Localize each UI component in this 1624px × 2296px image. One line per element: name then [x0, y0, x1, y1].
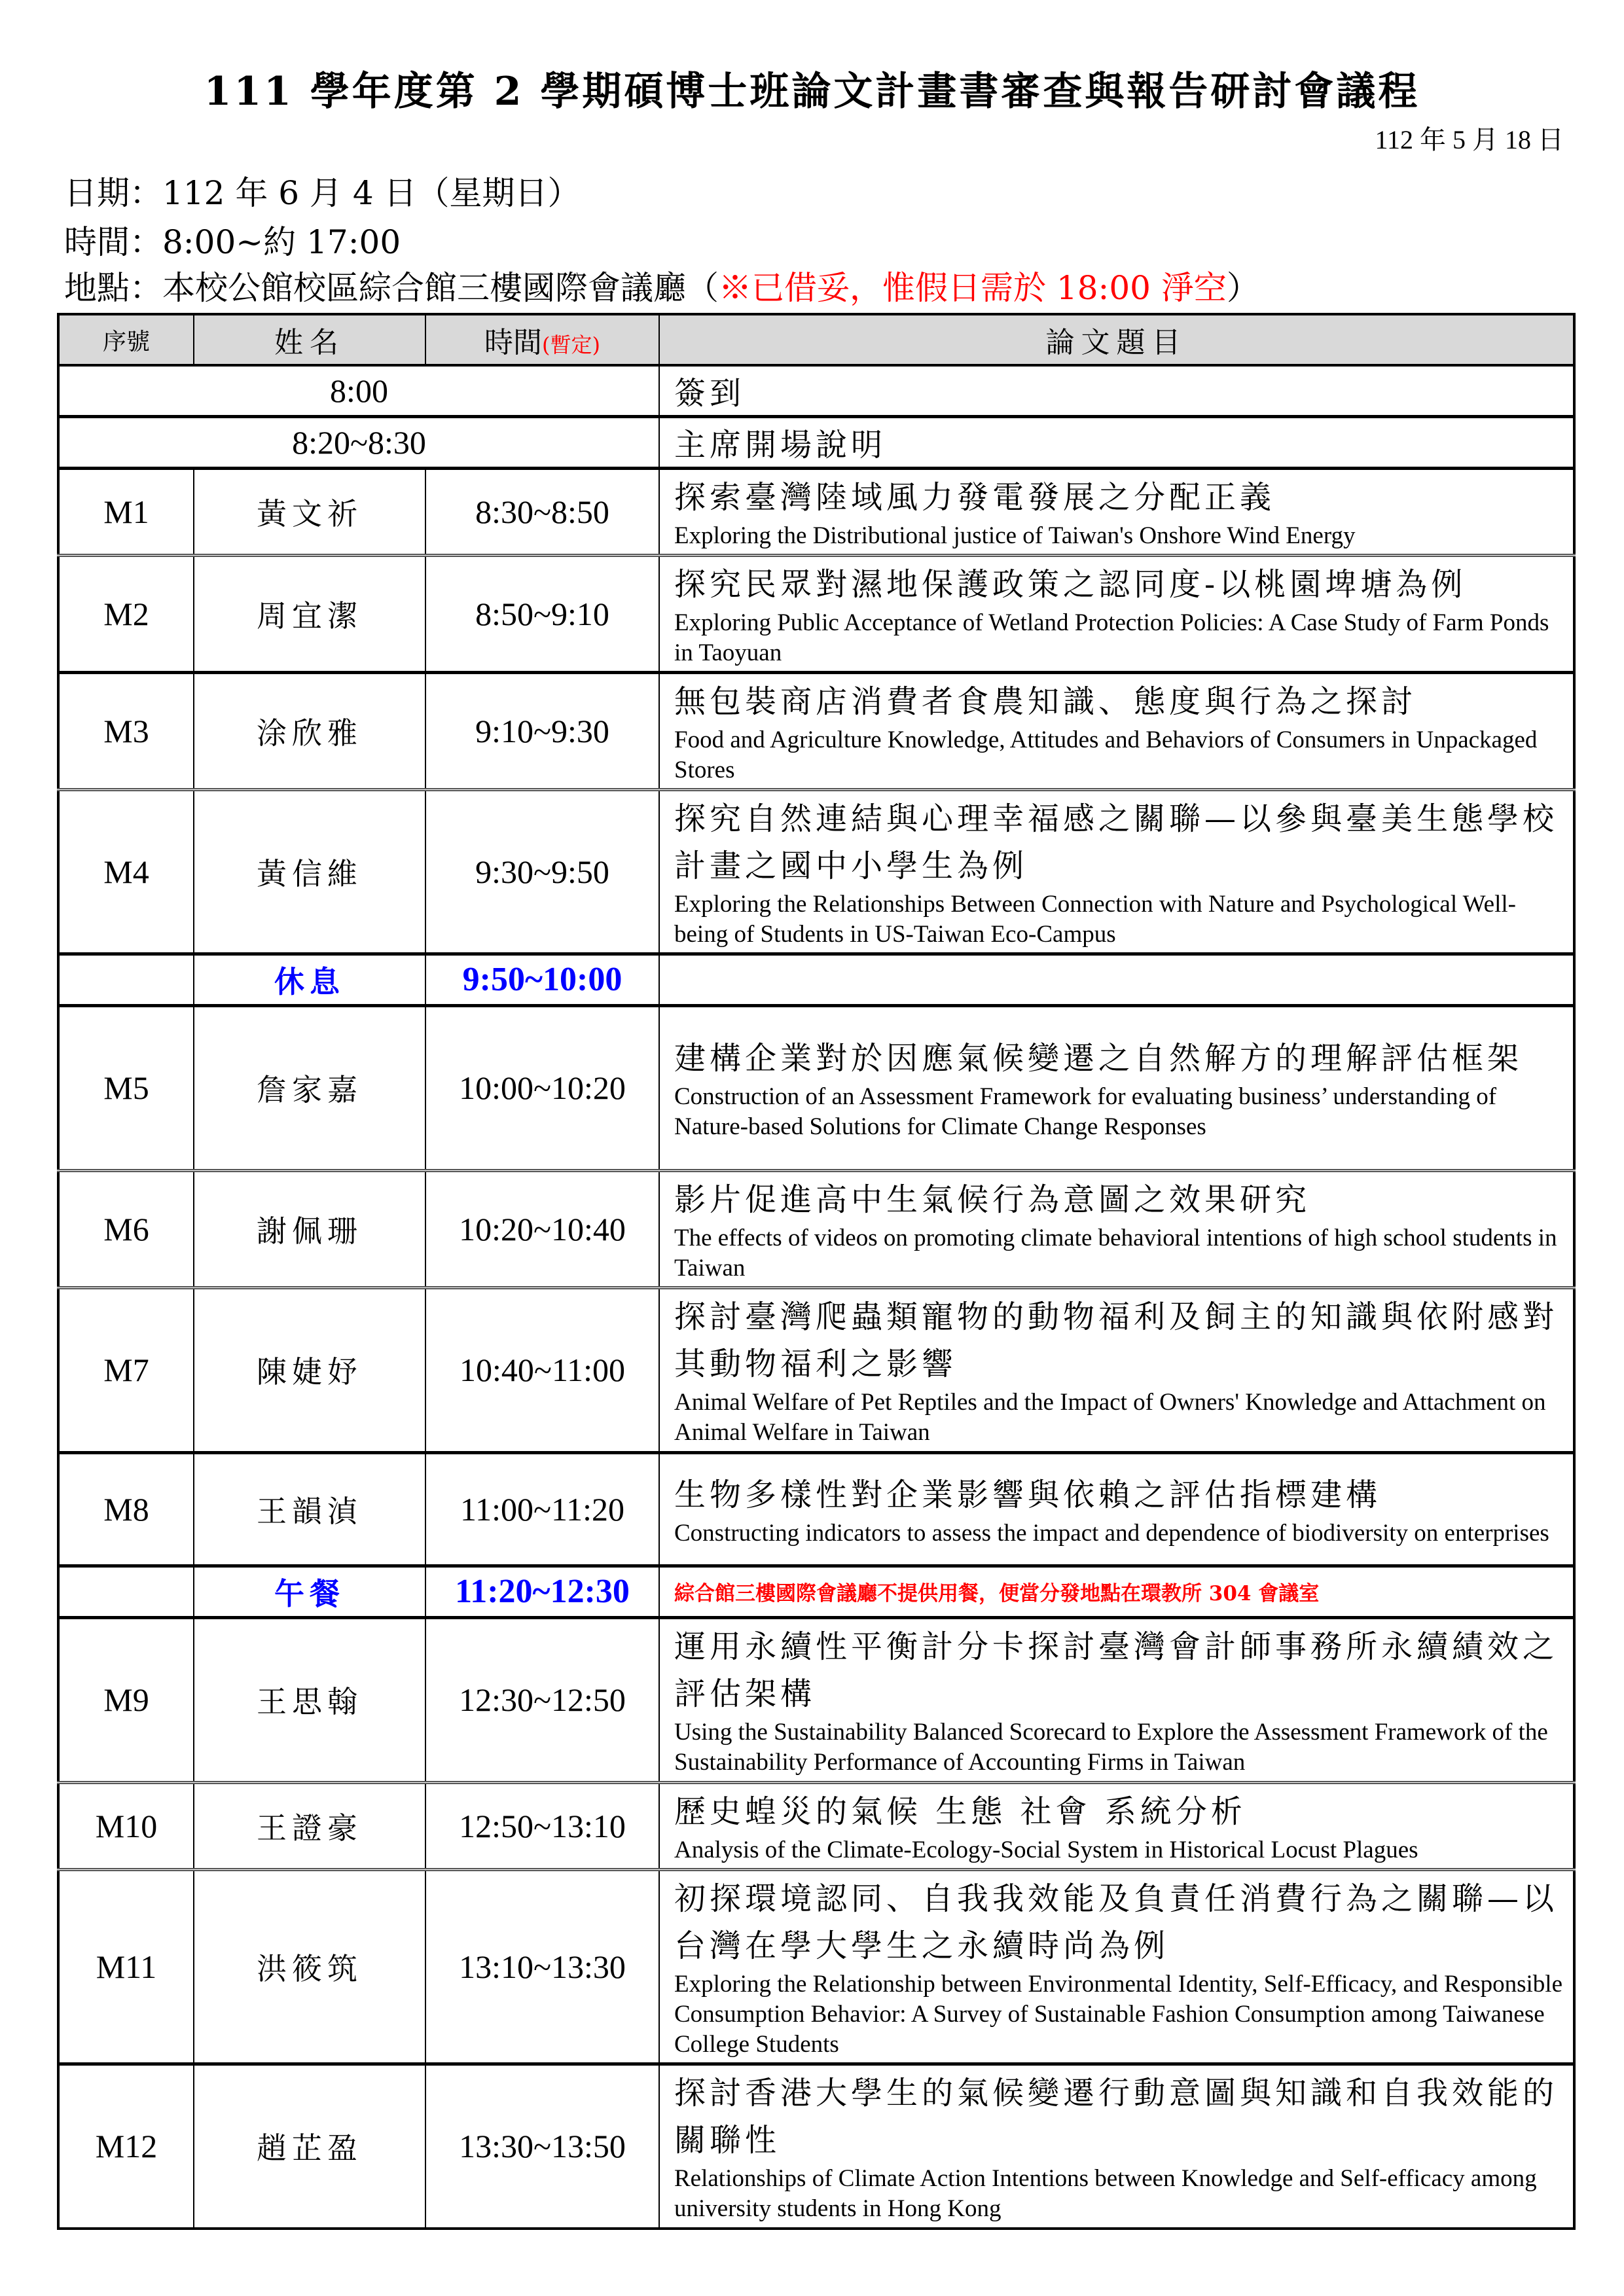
opening-time: 8:20~8:30 [58, 416, 659, 468]
row-title: 初探環境認同、自我我效能及負責任消費行為之關聯—以台灣在學大學生之永續時尚為例 … [659, 1869, 1574, 2064]
row-name: 王證豪 [194, 1782, 425, 1869]
row-title: 建構企業對於因應氣候變遷之自然解方的理解評估框架 Construction of… [659, 1005, 1574, 1170]
row-title: 運用永續性平衡計分卡探討臺灣會計師事務所永續績效之評估架構 Using the … [659, 1617, 1574, 1782]
table-row: M4 黃信維 9:30~9:50 探究自然連結與心理幸福感之關聯—以參與臺美生態… [58, 789, 1574, 954]
title-zh: 運用永續性平衡計分卡探討臺灣會計師事務所永續績效之評估架構 [674, 1623, 1564, 1717]
column-header-time-note: (暫定) [542, 332, 600, 357]
row-id: M9 [58, 1617, 194, 1782]
title-zh: 探討臺灣爬蟲類寵物的動物福利及飼主的知識與依附感對其動物福利之影響 [674, 1293, 1564, 1388]
row-title: 歷史蝗災的氣候 生態 社會 系統分析 Analysis of the Clima… [659, 1782, 1574, 1869]
title-en: Construction of an Assessment Framework … [674, 1082, 1564, 1142]
row-time: 13:30~13:50 [425, 2064, 659, 2229]
break-label: 休息 [194, 954, 425, 1005]
title-zh: 初探環境認同、自我我效能及負責任消費行為之關聯—以台灣在學大學生之永續時尚為例 [674, 1875, 1564, 1969]
row-name: 王韻湞 [194, 1452, 425, 1566]
title-en: Exploring the Relationship between Envir… [674, 1969, 1564, 2060]
break-title-empty [659, 954, 1574, 1005]
title-en: The effects of videos on promoting clima… [674, 1223, 1564, 1283]
title-zh: 探究自然連結與心理幸福感之關聯—以參與臺美生態學校計畫之國中小學生為例 [674, 795, 1564, 889]
row-id: M7 [58, 1287, 194, 1452]
row-time: 10:00~10:20 [425, 1005, 659, 1170]
opening-row: 8:20~8:30 主席開場說明 [58, 416, 1574, 468]
title-en: Food and Agriculture Knowledge, Attitude… [674, 725, 1564, 785]
checkin-label: 簽到 [659, 365, 1574, 416]
event-place-value: 本校公館校區綜合館三樓國際會議廳（ [162, 269, 719, 307]
table-row: M11 洪筱筑 13:10~13:30 初探環境認同、自我我效能及負責任消費行為… [58, 1869, 1574, 2064]
row-time: 10:20~10:40 [425, 1170, 659, 1287]
event-place-label: 地點： [64, 269, 162, 307]
column-header-id: 序號 [58, 314, 194, 365]
event-date-line: 日期：112 年 6 月 4 日（星期日） [64, 167, 581, 214]
lunch-row: 午餐 11:20~12:30 綜合館三樓國際會議廳不提供用餐，便當分發地點在環教… [58, 1566, 1574, 1617]
row-id: M1 [58, 468, 194, 555]
table-row: M10 王證豪 12:50~13:10 歷史蝗災的氣候 生態 社會 系統分析 A… [58, 1782, 1574, 1869]
row-name: 謝佩珊 [194, 1170, 425, 1287]
row-id: M3 [58, 672, 194, 789]
title-zh: 建構企業對於因應氣候變遷之自然解方的理解評估框架 [674, 1035, 1564, 1082]
row-name: 詹家嘉 [194, 1005, 425, 1170]
table-row: M3 涂欣雅 9:10~9:30 無包裝商店消費者食農知識、態度與行為之探討 F… [58, 672, 1574, 789]
event-time-value: 8:00~約 17:00 [162, 223, 401, 261]
title-en: Exploring the Distributional justice of … [674, 521, 1564, 551]
title-en: Constructing indicators to assess the im… [674, 1518, 1564, 1549]
title-zh: 探討香港大學生的氣候變遷行動意圖與知識和自我效能的關聯性 [674, 2070, 1564, 2164]
table-row: M5 詹家嘉 10:00~10:20 建構企業對於因應氣候變遷之自然解方的理解評… [58, 1005, 1574, 1170]
row-title: 探討香港大學生的氣候變遷行動意圖與知識和自我效能的關聯性 Relationshi… [659, 2064, 1574, 2229]
row-id: M2 [58, 555, 194, 672]
table-row: M2 周宜潔 8:50~9:10 探究民眾對濕地保護政策之認同度-以桃園埤塘為例… [58, 555, 1574, 672]
lunch-id-empty [58, 1566, 194, 1617]
title-en: Animal Welfare of Pet Reptiles and the I… [674, 1388, 1564, 1448]
row-name: 涂欣雅 [194, 672, 425, 789]
event-place-close: ） [1227, 269, 1259, 307]
row-id: M5 [58, 1005, 194, 1170]
table-header-row: 序號 姓名 時間(暫定) 論文題目 [58, 314, 1574, 365]
row-time: 8:30~8:50 [425, 468, 659, 555]
row-id: M12 [58, 2064, 194, 2229]
table-row: M8 王韻湞 11:00~11:20 生物多樣性對企業影響與依賴之評估指標建構 … [58, 1452, 1574, 1566]
opening-label: 主席開場說明 [659, 416, 1574, 468]
row-time: 13:10~13:30 [425, 1869, 659, 2064]
table-row: M7 陳婕妤 10:40~11:00 探討臺灣爬蟲類寵物的動物福利及飼主的知識與… [58, 1287, 1574, 1452]
row-name: 陳婕妤 [194, 1287, 425, 1452]
row-id: M4 [58, 789, 194, 954]
table-row: M9 王思翰 12:30~12:50 運用永續性平衡計分卡探討臺灣會計師事務所永… [58, 1617, 1574, 1782]
title-en: Exploring Public Acceptance of Wetland P… [674, 608, 1564, 668]
row-time: 11:00~11:20 [425, 1452, 659, 1566]
row-title: 探究自然連結與心理幸福感之關聯—以參與臺美生態學校計畫之國中小學生為例 Expl… [659, 789, 1574, 954]
row-time: 12:30~12:50 [425, 1617, 659, 1782]
title-zh: 生物多樣性對企業影響與依賴之評估指標建構 [674, 1471, 1564, 1518]
break-time: 9:50~10:00 [425, 954, 659, 1005]
row-title: 探討臺灣爬蟲類寵物的動物福利及飼主的知識與依附感對其動物福利之影響 Animal… [659, 1287, 1574, 1452]
event-place-line: 地點：本校公館校區綜合館三樓國際會議廳（※已借妥，惟假日需於 18:00 淨空） [64, 262, 1259, 309]
event-place-note: ※已借妥，惟假日需於 18:00 淨空 [719, 269, 1227, 307]
issue-date: 112 年 5 月 18 日 [1375, 119, 1564, 156]
column-header-name: 姓名 [194, 314, 425, 365]
lunch-label: 午餐 [194, 1566, 425, 1617]
row-name: 趙芷盈 [194, 2064, 425, 2229]
table-row: M12 趙芷盈 13:30~13:50 探討香港大學生的氣候變遷行動意圖與知識和… [58, 2064, 1574, 2229]
agenda-table: 序號 姓名 時間(暫定) 論文題目 8:00 簽到 8:20~8:30 主席開場… [57, 313, 1576, 2230]
title-zh: 無包裝商店消費者食農知識、態度與行為之探討 [674, 678, 1564, 725]
break-row: 休息 9:50~10:00 [58, 954, 1574, 1005]
event-date-label: 日期： [64, 174, 162, 212]
lunch-time: 11:20~12:30 [425, 1566, 659, 1617]
break-id-empty [58, 954, 194, 1005]
title-zh: 歷史蝗災的氣候 生態 社會 系統分析 [674, 1788, 1564, 1835]
lunch-note: 綜合館三樓國際會議廳不提供用餐，便當分發地點在環教所 304 會議室 [659, 1566, 1574, 1617]
row-time: 9:10~9:30 [425, 672, 659, 789]
event-time-line: 時間：8:00~約 17:00 [64, 216, 401, 263]
row-time: 10:40~11:00 [425, 1287, 659, 1452]
title-en: Exploring the Relationships Between Conn… [674, 889, 1564, 950]
row-id: M6 [58, 1170, 194, 1287]
row-name: 王思翰 [194, 1617, 425, 1782]
row-title: 無包裝商店消費者食農知識、態度與行為之探討 Food and Agricultu… [659, 672, 1574, 789]
row-id: M8 [58, 1452, 194, 1566]
row-name: 洪筱筑 [194, 1869, 425, 2064]
event-time-label: 時間： [64, 223, 162, 261]
row-title: 探索臺灣陸域風力發電發展之分配正義 Exploring the Distribu… [659, 468, 1574, 555]
table-row: M1 黃文祈 8:30~8:50 探索臺灣陸域風力發電發展之分配正義 Explo… [58, 468, 1574, 555]
row-id: M10 [58, 1782, 194, 1869]
title-zh: 探索臺灣陸域風力發電發展之分配正義 [674, 474, 1564, 521]
row-time: 12:50~13:10 [425, 1782, 659, 1869]
row-time: 9:30~9:50 [425, 789, 659, 954]
row-name: 黃信維 [194, 789, 425, 954]
document-title: 111 學年度第 2 學期碩博士班論文計畫書審查與報告研討會議程 [0, 60, 1624, 117]
title-zh: 影片促進高中生氣候行為意圖之效果研究 [674, 1176, 1564, 1223]
column-header-time-label: 時間 [484, 326, 542, 359]
row-time: 8:50~9:10 [425, 555, 659, 672]
row-name: 黃文祈 [194, 468, 425, 555]
title-en: Analysis of the Climate-Ecology-Social S… [674, 1835, 1564, 1865]
row-title: 生物多樣性對企業影響與依賴之評估指標建構 Constructing indica… [659, 1452, 1574, 1566]
title-zh: 探究民眾對濕地保護政策之認同度-以桃園埤塘為例 [674, 561, 1564, 608]
row-id: M11 [58, 1869, 194, 2064]
row-title: 影片促進高中生氣候行為意圖之效果研究 The effects of videos… [659, 1170, 1574, 1287]
column-header-title: 論文題目 [659, 314, 1574, 365]
title-en: Using the Sustainability Balanced Scorec… [674, 1717, 1564, 1778]
title-en: Relationships of Climate Action Intentio… [674, 2164, 1564, 2224]
checkin-row: 8:00 簽到 [58, 365, 1574, 416]
checkin-time: 8:00 [58, 365, 659, 416]
table-row: M6 謝佩珊 10:20~10:40 影片促進高中生氣候行為意圖之效果研究 Th… [58, 1170, 1574, 1287]
row-name: 周宜潔 [194, 555, 425, 672]
row-title: 探究民眾對濕地保護政策之認同度-以桃園埤塘為例 Exploring Public… [659, 555, 1574, 672]
event-date-value: 112 年 6 月 4 日（星期日） [162, 174, 581, 212]
column-header-time: 時間(暫定) [425, 314, 659, 365]
